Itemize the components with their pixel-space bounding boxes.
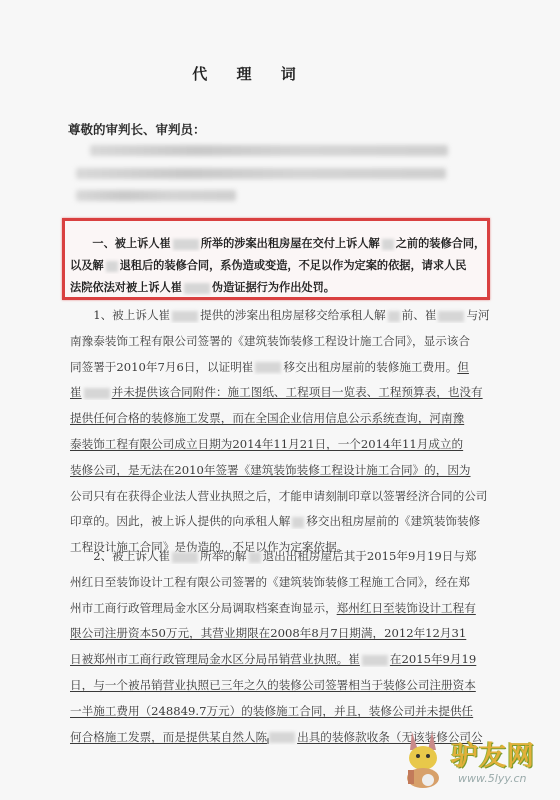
redacted-name [184,283,210,294]
text-line: 印章的。因此，被上诉人提供的向承租人解移交出租房屋前的《建筑装饰装修 [70,513,515,529]
text-line: 1、被上诉人崔提供的涉案出租房屋移交给承租人解前、崔与河 [70,307,515,323]
text-line: 崔并未提供该合同附件：施工图纸、工程项目一览表、工程预算表，也没有 [70,384,515,400]
redacted-name [388,311,400,322]
redacted-name [438,311,464,322]
donkey-mascot-icon [398,730,450,790]
text-line: 一半施工费用（248849.7万元）的装修施工合同，并且，装修公司并未提供任 [70,703,515,719]
text-line: 同签署于2010年7月6日，以证明崔移交出租房屋前的装修施工费用。但 [70,359,515,375]
redacted-line [76,190,236,201]
watermark-url: www.5lyy.cn [458,772,527,785]
salutation: 尊敬的审判长、审判员： [68,120,206,138]
redacted-name [84,388,110,399]
scan-speck [267,738,269,744]
redacted-name [172,311,198,322]
text-line: 南豫泰装饰工程有限公司签署的《建筑装饰装修工程设计施工合同》，显示该合 [70,333,515,349]
text-line: 装修公司，是无法在2010年签署《建筑装饰装修工程设计施工合同》的，因为 [70,462,515,478]
watermark-logo-text: 驴友网 [451,734,535,773]
redacted-name [173,239,199,250]
redacted-name [106,261,118,272]
redacted-name [249,552,261,563]
highlight-line-3: 法院依法对被上诉人崔伪造证据行为作出处罚。 [70,280,515,296]
text-line: 州红日至装饰设计工程有限公司签署的《建筑装饰装修工程施工合同》，经在郑 [70,574,515,590]
watermark: 驴友网 www.5lyy.cn [396,728,556,794]
text-line: 限公司注册资本50万元，其营业期限在2008年8月7日期满，2012年12月31 [70,625,515,641]
redacted-name [269,732,295,743]
redacted-name [172,552,198,563]
redacted-line [90,145,448,156]
redacted-name [362,655,388,666]
document-title: 代 理 词 [0,63,500,84]
redacted-name [382,239,394,250]
highlight-line-1: 一、被上诉人崔所举的涉案出租房屋在交付上诉人解之前的装修合同， [70,236,515,252]
text-line: 提供任何合格的装修施工发票，而在全国企业信用信息公示系统查询，河南豫 [70,410,515,426]
redacted-name [292,517,304,528]
redacted-name [255,362,281,373]
text-line: 公司只有在获得企业法人营业执照之后，才能申请刻制印章以签署经济合同的公司 [70,488,515,504]
redacted-line [76,168,446,179]
document-page: 代 理 词 尊敬的审判长、审判员： 一、被上诉人崔所举的涉案出租房屋在交付上诉人… [0,0,560,800]
text-line: 2、被上诉人崔所举的解退出出租房屋后其于2015年9月19日与郑 [70,548,515,564]
text-line: 州市工商行政管理局金水区分局调取档案查询显示，郑州红日至装饰设计工程有 [70,600,515,616]
text-line: 日被郑州市工商行政管理局金水区分局吊销营业执照。崔在2015年9月19 [70,651,515,667]
text-line: 泰装饰工程有限公司成立日期为2014年11月21日，一个2014年11月成立的 [70,436,515,452]
text-line: 日，与一个被吊销营业执照已三年之久的装修公司签署相当于装修公司注册资本 [70,677,515,693]
highlight-line-2: 以及解退租后的装修合同，系伪造或变造，不足以作为定案的依据，请求人民 [70,258,515,274]
